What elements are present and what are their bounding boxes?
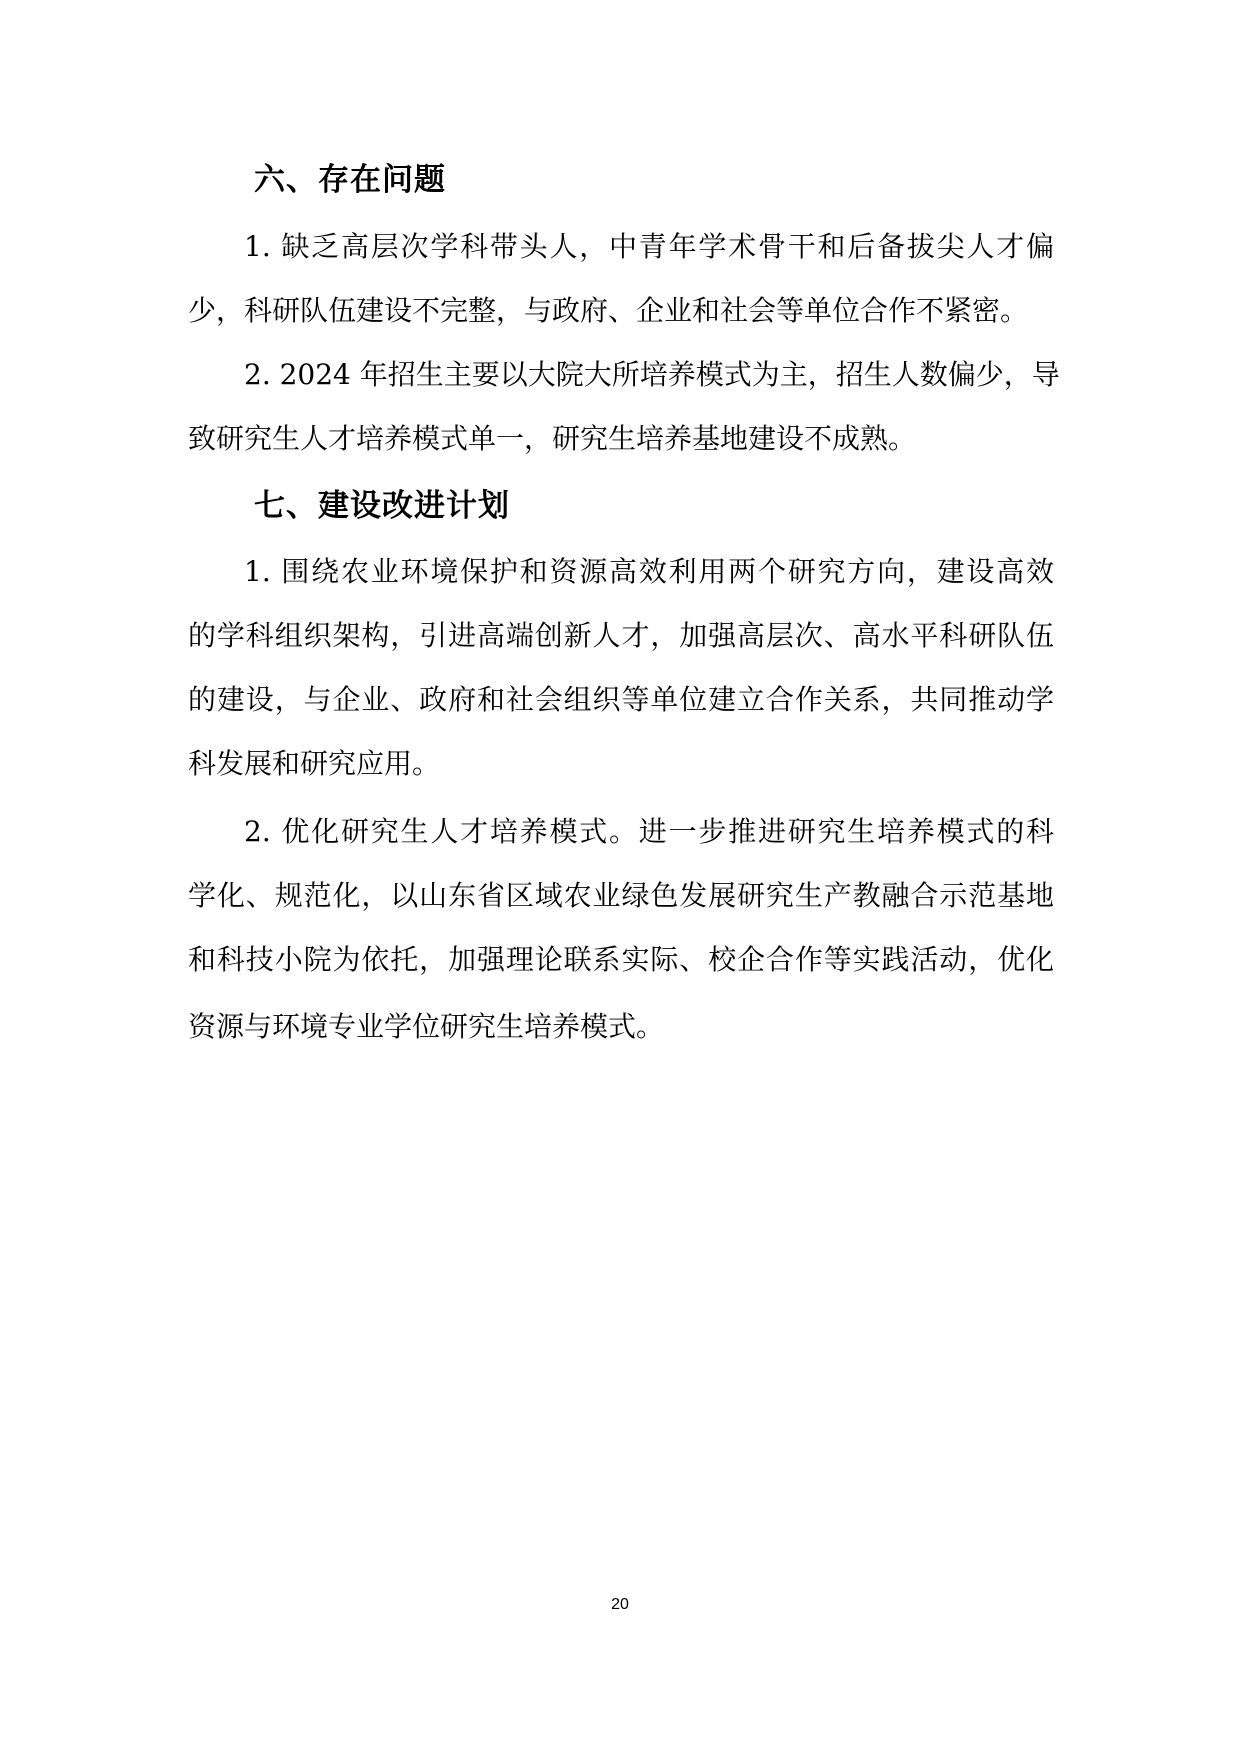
paragraph-line: 的建设，与企业、政府和社会组织等单位建立合作关系，共同推动学 (188, 680, 1054, 720)
paragraph-line: 的学科组织架构，引进高端创新人才，加强高层次、高水平科研队伍 (188, 616, 1054, 656)
paragraph-line: 资源与环境专业学位研究生培养模式。 (188, 1007, 1054, 1047)
paragraph-line: 1. 缺乏高层次学科带头人，中青年学术骨干和后备拔尖人才偏 (244, 227, 1054, 267)
paragraph-line: 和科技小院为依托，加强理论联系实际、校企合作等实践活动，优化 (188, 940, 1054, 980)
paragraph-line: 科发展和研究应用。 (188, 744, 1054, 784)
section-heading-improvement-plan: 七、建设改进计划 (254, 486, 510, 526)
paragraph-line: 2. 优化研究生人才培养模式。进一步推进研究生培养模式的科 (244, 812, 1054, 852)
paragraph-line: 致研究生人才培养模式单一，研究生培养基地建设不成熟。 (188, 419, 1054, 459)
paragraph-line: 学化、规范化，以山东省区域农业绿色发展研究生产教融合示范基地 (188, 876, 1054, 916)
section-heading-problems: 六、存在问题 (254, 160, 446, 200)
page-number: 20 (0, 1594, 1240, 1616)
paragraph-line: 少，科研队伍建设不完整，与政府、企业和社会等单位合作不紧密。 (188, 291, 1054, 331)
paragraph-line: 1. 围绕农业环境保护和资源高效利用两个研究方向，建设高效 (244, 552, 1054, 592)
paragraph-line: 2. 2024 年招生主要以大院大所培养模式为主，招生人数偏少，导 (244, 355, 1054, 395)
